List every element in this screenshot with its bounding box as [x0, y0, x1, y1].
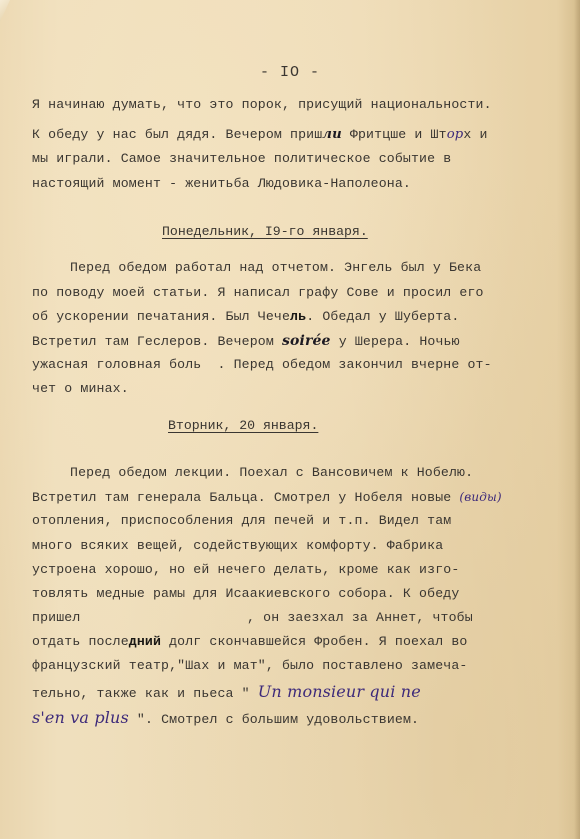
text-fragment: ". Смотрел с большим удовольствием. [129, 712, 419, 727]
text-line: товлять медные рамы для Исаакиевского со… [32, 586, 459, 602]
entry-heading-monday: Понедельник, I9-го января. [162, 224, 368, 239]
text-line: s'en va plus ". Смотрел с большим удовол… [32, 710, 419, 728]
text-fragment: об ускорении печатания. Был Чече [32, 309, 290, 324]
document-page: - IO - Я начинаю думать, что это порок, … [0, 0, 580, 839]
text-line: отопления, приспособления для печей и т.… [32, 513, 451, 529]
handwritten-correction: дний [129, 634, 161, 649]
text-fragment: х и [463, 127, 487, 142]
text-fragment: Фритцше и Шт [342, 127, 447, 142]
text-line: по поводу моей статьи. Я написал графу С… [32, 285, 484, 301]
text-line: Перед обедом лекции. Поехал с Вансовичем… [70, 465, 473, 481]
handwritten-correction: ор [447, 127, 464, 142]
text-line: мы играли. Самое значительное политическ… [32, 151, 451, 167]
text-line: , он заезхал за Аннет, чтобы [247, 610, 473, 626]
text-line: об ускорении печатания. Был Чечель. Обед… [32, 309, 459, 325]
handwritten-insertion: s'en va plus [32, 708, 129, 727]
text-fragment: Встретил там Геслеров. Вечером [32, 334, 282, 349]
text-line: Встретил там генерала Бальца. Смотрел у … [32, 489, 502, 506]
entry-heading-tuesday: Вторник, 20 января. [168, 418, 318, 433]
text-line: тельно, также как и пьеса " Un monsieur … [32, 684, 421, 702]
text-line: ужасная головная боль . Перед обедом зак… [32, 357, 492, 373]
text-line: много всяких вещей, содействующих комфор… [32, 538, 443, 554]
text-line: Перед обедом работал над отчетом. Энгель… [70, 260, 481, 276]
text-line: чет о минах. [32, 381, 129, 397]
page-number: - IO - [0, 64, 580, 81]
text-fragment: тельно, также как и пьеса " [32, 686, 258, 701]
handwritten-correction: ль [290, 309, 306, 324]
text-line: настоящий момент - женитьба Людовика-Нап… [32, 176, 411, 192]
text-fragment: К обеду у нас был дядя. Вечером приш [32, 127, 322, 142]
text-fragment: долг скончавшейся Фробен. Я поехал во [161, 634, 467, 649]
handwritten-insertion: (виды) [459, 490, 501, 504]
text-line: отдать последний долг скончавшейся Фробе… [32, 634, 467, 650]
text-line: Встретил там Геслеров. Вечером soirée у … [32, 333, 460, 350]
text-line: пришел [32, 610, 80, 626]
handwritten-correction: ли [322, 127, 342, 142]
text-line: К обеду у нас был дядя. Вечером пришли Ф… [32, 127, 488, 143]
text-fragment: Встретил там генерала Бальца. Смотрел у … [32, 490, 459, 505]
text-fragment: . Обедал у Шуберта. [306, 309, 459, 324]
folded-corner [0, 0, 10, 22]
page-edge-shadow [574, 0, 580, 839]
text-line: Я начинаю думать, что это порок, присущи… [32, 97, 492, 113]
text-line: устроена хорошо, но ей нечего делать, кр… [32, 562, 459, 578]
handwritten-insertion: Un monsieur qui ne [258, 682, 421, 701]
text-fragment: отдать после [32, 634, 129, 649]
text-line: французский театр,"Шах и мат", было пост… [32, 658, 467, 674]
text-fragment: у Шерера. Ночью [331, 334, 460, 349]
handwritten-insertion: soirée [282, 333, 331, 349]
